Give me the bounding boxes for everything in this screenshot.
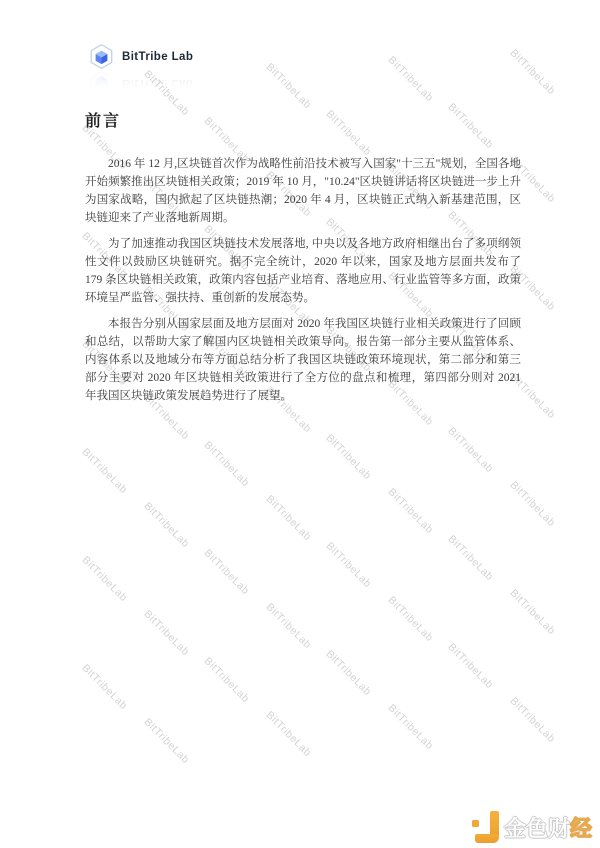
jinse-text-main: 金色财 — [504, 816, 570, 841]
document-page: { "brand": { "name": "BitTribe Lab", "ic… — [0, 0, 600, 848]
brand-logo-reflection: BitTribe Lab — [88, 69, 193, 98]
watermark-text: BitTribeLab — [446, 425, 496, 475]
jinse-j-icon — [472, 811, 499, 843]
watermark-text: BitTribeLab — [202, 547, 252, 597]
cube-hexagon-icon — [88, 69, 115, 98]
paragraph-3: 本报告分别从国家层面及地方层面对 2020 年我国区块链行业相关政策进行了回顾和… — [85, 315, 521, 405]
watermark-text: BitTribeLab — [80, 662, 130, 712]
watermark-text: BitTribeLab — [386, 486, 436, 536]
paragraph-1: 2016 年 12 月,区块链首次作为战略性前沿技术被写入国家"十三五"规划，全… — [85, 155, 521, 227]
watermark-text: BitTribeLab — [80, 554, 130, 604]
brand-name: BitTribe Lab — [122, 78, 193, 90]
jinse-text-accent: 经 — [570, 816, 592, 841]
watermark-text: BitTribeLab — [324, 540, 374, 590]
watermark-text: BitTribeLab — [508, 479, 558, 529]
jinse-finance-logo: 金色财经 — [472, 811, 592, 843]
watermark-text: BitTribeLab — [142, 500, 192, 550]
document-content: 前言 2016 年 12 月,区块链首次作为战略性前沿技术被写入国家"十三五"规… — [85, 108, 521, 413]
watermark-text: BitTribeLab — [202, 655, 252, 705]
watermark-text: BitTribeLab — [142, 716, 192, 766]
watermark-text: BitTribeLab — [508, 587, 558, 637]
watermark-text: BitTribeLab — [324, 648, 374, 698]
paragraph-2: 为了加速推动我国区块链技术发展落地, 中央以及各地方政府相继出台了多项纲领性文件… — [85, 235, 521, 307]
watermark-text: BitTribeLab — [142, 608, 192, 658]
watermark-text: BitTribeLab — [508, 47, 558, 97]
watermark-text: BitTribeLab — [508, 695, 558, 745]
watermark-text: BitTribeLab — [446, 641, 496, 691]
watermark-text: BitTribeLab — [202, 439, 252, 489]
jinse-finance-wordmark: 金色财经 — [504, 812, 592, 843]
watermark-text: BitTribeLab — [446, 533, 496, 583]
watermark-text: BitTribeLab — [386, 54, 436, 104]
brand-name: BitTribe Lab — [122, 51, 193, 63]
watermark-text: BitTribeLab — [264, 709, 314, 759]
cube-hexagon-icon — [88, 42, 115, 71]
watermark-text: BitTribeLab — [80, 446, 130, 496]
watermark-text: BitTribeLab — [324, 432, 374, 482]
watermark-text: BitTribeLab — [386, 594, 436, 644]
watermark-text: BitTribeLab — [264, 601, 314, 651]
watermark-text: BitTribeLab — [264, 61, 314, 111]
page-title: 前言 — [85, 108, 521, 131]
watermark-text: BitTribeLab — [264, 493, 314, 543]
watermark-text: BitTribeLab — [386, 702, 436, 752]
brand-logo: BitTribe Lab — [88, 42, 193, 71]
